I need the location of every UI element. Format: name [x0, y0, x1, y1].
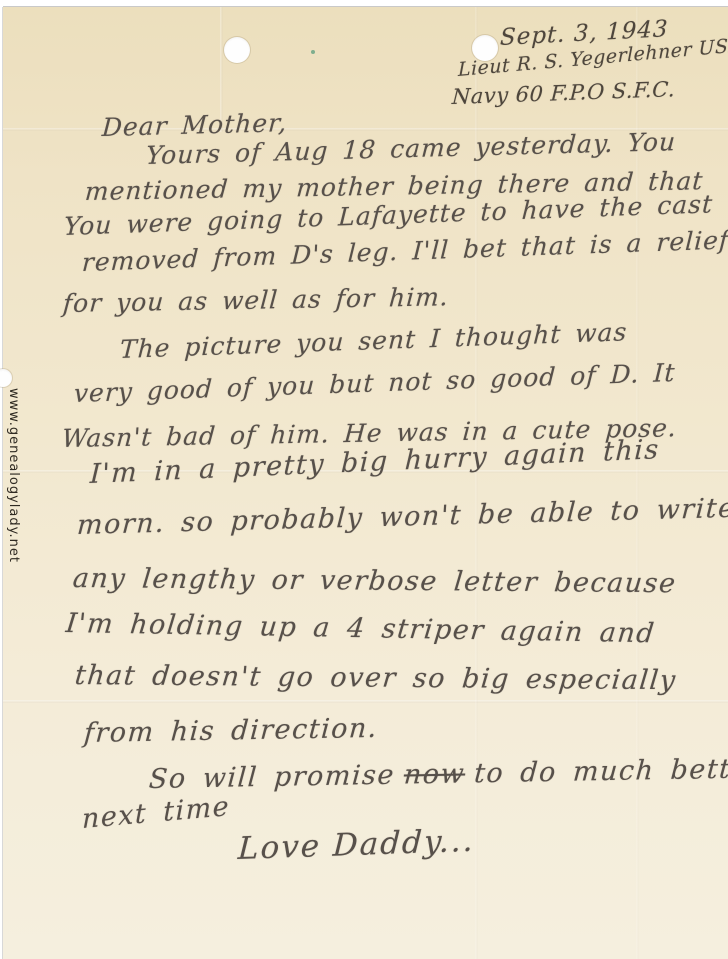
letter-line: that doesn't go over so big especially — [74, 662, 678, 694]
paper-speck — [311, 50, 315, 54]
signature: Love Daddy... — [237, 826, 475, 865]
watermark: www.genealogylady.net — [6, 388, 21, 563]
salutation: Dear Mother, — [101, 110, 288, 140]
letter-scan: www.genealogylady.net Sept. 3, 1943 Lieu… — [0, 0, 728, 959]
hole-punch-left — [224, 37, 250, 63]
letter-line: for you as well as for him. — [62, 284, 450, 316]
fold-crease-horizontal — [3, 700, 728, 703]
closing-text-after: to do much better — [473, 753, 728, 789]
strikethrough-word: now — [403, 758, 466, 790]
closing-text-before: So will promise — [148, 760, 396, 795]
letter-line: from his direction. — [83, 715, 379, 747]
letter-line: any lengthy or verbose letter because — [72, 565, 678, 597]
